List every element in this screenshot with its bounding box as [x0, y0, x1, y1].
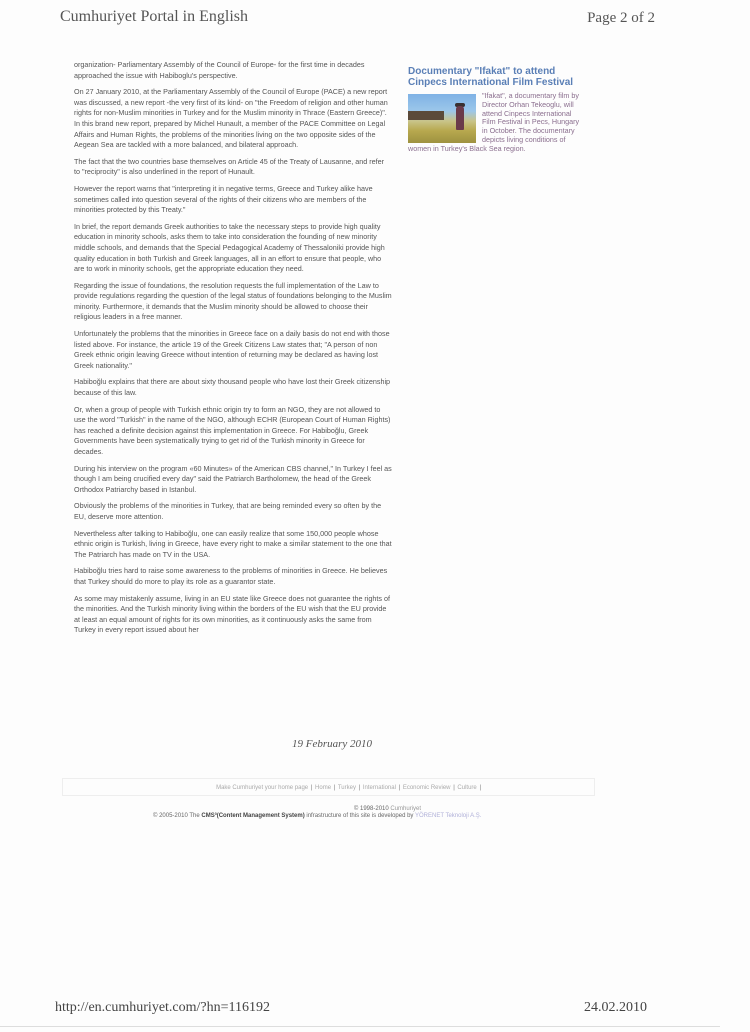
separator: | — [334, 785, 336, 791]
article-paragraph: Obviously the problems of the minorities… — [74, 501, 392, 522]
article-paragraph: Nevertheless after talking to Habiboğlu,… — [74, 529, 392, 561]
related-news-headline-link[interactable]: Documentary "Ifakat" to attend Cinpecs I… — [408, 66, 586, 88]
photo-field-person-icon[interactable] — [408, 94, 476, 143]
separator: | — [359, 785, 361, 791]
article-paragraph: Habiboğlu tries hard to raise some aware… — [74, 566, 392, 587]
developer-link[interactable]: YÖRENET Teknoloji A.Ş. — [415, 813, 481, 819]
separator: | — [399, 785, 401, 791]
print-footer-url: http://en.cumhuriyet.com/?hn=116192 — [55, 1000, 270, 1016]
article-paragraph: Regarding the issue of foundations, the … — [74, 281, 392, 323]
footer-link-make-homepage[interactable]: Make Cumhuriyet your home page — [216, 785, 308, 791]
bottom-divider — [0, 1026, 720, 1027]
related-news-box: Documentary "Ifakat" to attend Cinpecs I… — [408, 66, 586, 154]
separator: | — [453, 785, 455, 791]
separator: | — [479, 785, 481, 791]
copyright-years: © 1998-2010 — [354, 806, 389, 812]
article-paragraph: The fact that the two countries base the… — [74, 157, 392, 178]
cms-credit-line: © 2005-2010 The CMS³(Content Management … — [153, 813, 481, 819]
person-shape — [456, 106, 464, 130]
footer-link-turkey[interactable]: Turkey — [338, 785, 356, 791]
article-paragraph: Or, when a group of people with Turkish … — [74, 405, 392, 458]
barn-shape — [408, 111, 444, 120]
copyright-line: © 1998-2010 Cumhuriyet — [0, 806, 750, 812]
article-paragraph: Unfortunately the problems that the mino… — [74, 329, 392, 371]
cms-name: CMS³(Content Management System) — [201, 813, 304, 819]
print-footer-date: 24.02.2010 — [584, 1000, 647, 1016]
article-paragraph: As some may mistakenly assume, living in… — [74, 594, 392, 636]
print-header-page-number: Page 2 of 2 — [587, 10, 655, 27]
article-date: 19 February 2010 — [292, 738, 372, 750]
footer-link-culture[interactable]: Culture — [457, 785, 476, 791]
footer-link-international[interactable]: International — [363, 785, 396, 791]
article-body: organization- Parliamentary Assembly of … — [74, 60, 392, 642]
article-paragraph: However the report warns that "interpret… — [74, 184, 392, 216]
print-header-title: Cumhuriyet Portal in English — [60, 8, 248, 26]
footer-nav: Make Cumhuriyet your home page | Home | … — [62, 778, 595, 796]
copyright-brand-link[interactable]: Cumhuriyet — [390, 806, 421, 812]
footer-link-economic-review[interactable]: Economic Review — [403, 785, 451, 791]
separator: | — [311, 785, 313, 791]
cms-suffix: infrastructure of this site is developed… — [306, 813, 413, 819]
article-paragraph: On 27 January 2010, at the Parliamentary… — [74, 87, 392, 151]
article-paragraph: In brief, the report demands Greek autho… — [74, 222, 392, 275]
footer-link-home[interactable]: Home — [315, 785, 331, 791]
article-paragraph: During his interview on the program «60 … — [74, 464, 392, 496]
cms-prefix: © 2005-2010 The — [153, 813, 200, 819]
article-paragraph: organization- Parliamentary Assembly of … — [74, 60, 392, 81]
article-paragraph: Habiboğlu explains that there are about … — [74, 377, 392, 398]
